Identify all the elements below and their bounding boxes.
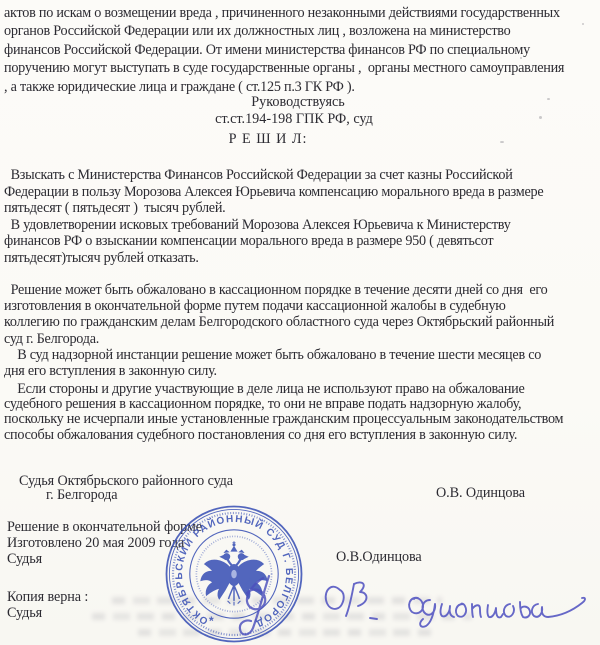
- text-line: способы обжалования судебного постановле…: [4, 428, 563, 443]
- text-line: финансов Российской Федерации. От имени …: [4, 41, 564, 59]
- judge-name-typed-2: О.В.Одинцова: [336, 549, 422, 566]
- copy-judge-label: Судья: [7, 605, 42, 622]
- decided-heading: Р Е Ш И Л:: [229, 131, 308, 148]
- text-line: Взыскать с Министерства Финансов Российс…: [4, 167, 543, 184]
- signature-flourish: [225, 572, 315, 644]
- judge-title-line2: г. Белгорода: [46, 487, 118, 504]
- scan-speck: [500, 141, 504, 143]
- judge-name-typed-1: О.В. Одинцова: [436, 485, 525, 502]
- text-line: суд г. Белгорода.: [4, 331, 554, 347]
- text-line: коллегию по гражданским делам Белгородск…: [4, 314, 554, 330]
- seal-star-separator: *: [209, 614, 214, 628]
- guided-by-line: Руководствуясь: [251, 94, 345, 111]
- text-line: Если стороны и другие участвующие в деле…: [4, 382, 563, 397]
- paragraph-supervisory: Если стороны и другие участвующие в деле…: [4, 382, 563, 443]
- text-line: органов Российской Федерации или их долж…: [4, 22, 564, 40]
- paragraph-operative: Взыскать с Министерства Финансов Российс…: [4, 167, 543, 266]
- text-line: Федерации в пользу Морозова Алексея Юрье…: [4, 184, 543, 201]
- text-line: поручению могут выступать в суде государ…: [4, 59, 564, 77]
- text-line: Решение может быть обжаловано в кассацио…: [4, 282, 554, 298]
- paragraph-intro: актов по искам о возмещении вреда , прич…: [4, 4, 564, 96]
- text-line: изготовления в окончательной форме путем…: [4, 298, 554, 314]
- text-line: актов по искам о возмещении вреда , прич…: [4, 4, 564, 22]
- text-line: судебного решения в кассационном порядке…: [4, 397, 563, 412]
- text-line: В удовлетворении исковых требований Моро…: [4, 217, 543, 234]
- text-line: пятьдесят ( пятьдесят ) тысяч рублей.: [4, 200, 543, 217]
- scan-speck: [547, 98, 550, 100]
- statute-line: ст.ст.194-198 ГПК РФ, суд: [215, 111, 373, 128]
- paragraph-appeal: Решение может быть обжаловано в кассацио…: [4, 282, 554, 379]
- scan-speck: [582, 23, 584, 25]
- text-line: финансов РФ о взыскании компенсации мора…: [4, 233, 543, 250]
- copy-correct-line: Копия верна :: [7, 589, 88, 606]
- text-line: В суд надзорной инстанции решение может …: [4, 347, 554, 363]
- text-line: дня его вступления в законную силу.: [4, 363, 554, 379]
- scan-speck: [520, 57, 522, 59]
- text-line: поскольку не исчерпали иные установленны…: [4, 412, 563, 427]
- final-form-judge-label: Судья: [7, 551, 42, 568]
- final-form-line2: Изготовлено 20 мая 2009 года: [7, 535, 184, 552]
- judge-signature: [318, 576, 590, 628]
- text-line: пятьдесят)тысяч рублей отказать.: [4, 250, 543, 267]
- scan-speck: [539, 116, 542, 119]
- scanned-court-decision-page: актов по искам о возмещении вреда , прич…: [0, 0, 600, 645]
